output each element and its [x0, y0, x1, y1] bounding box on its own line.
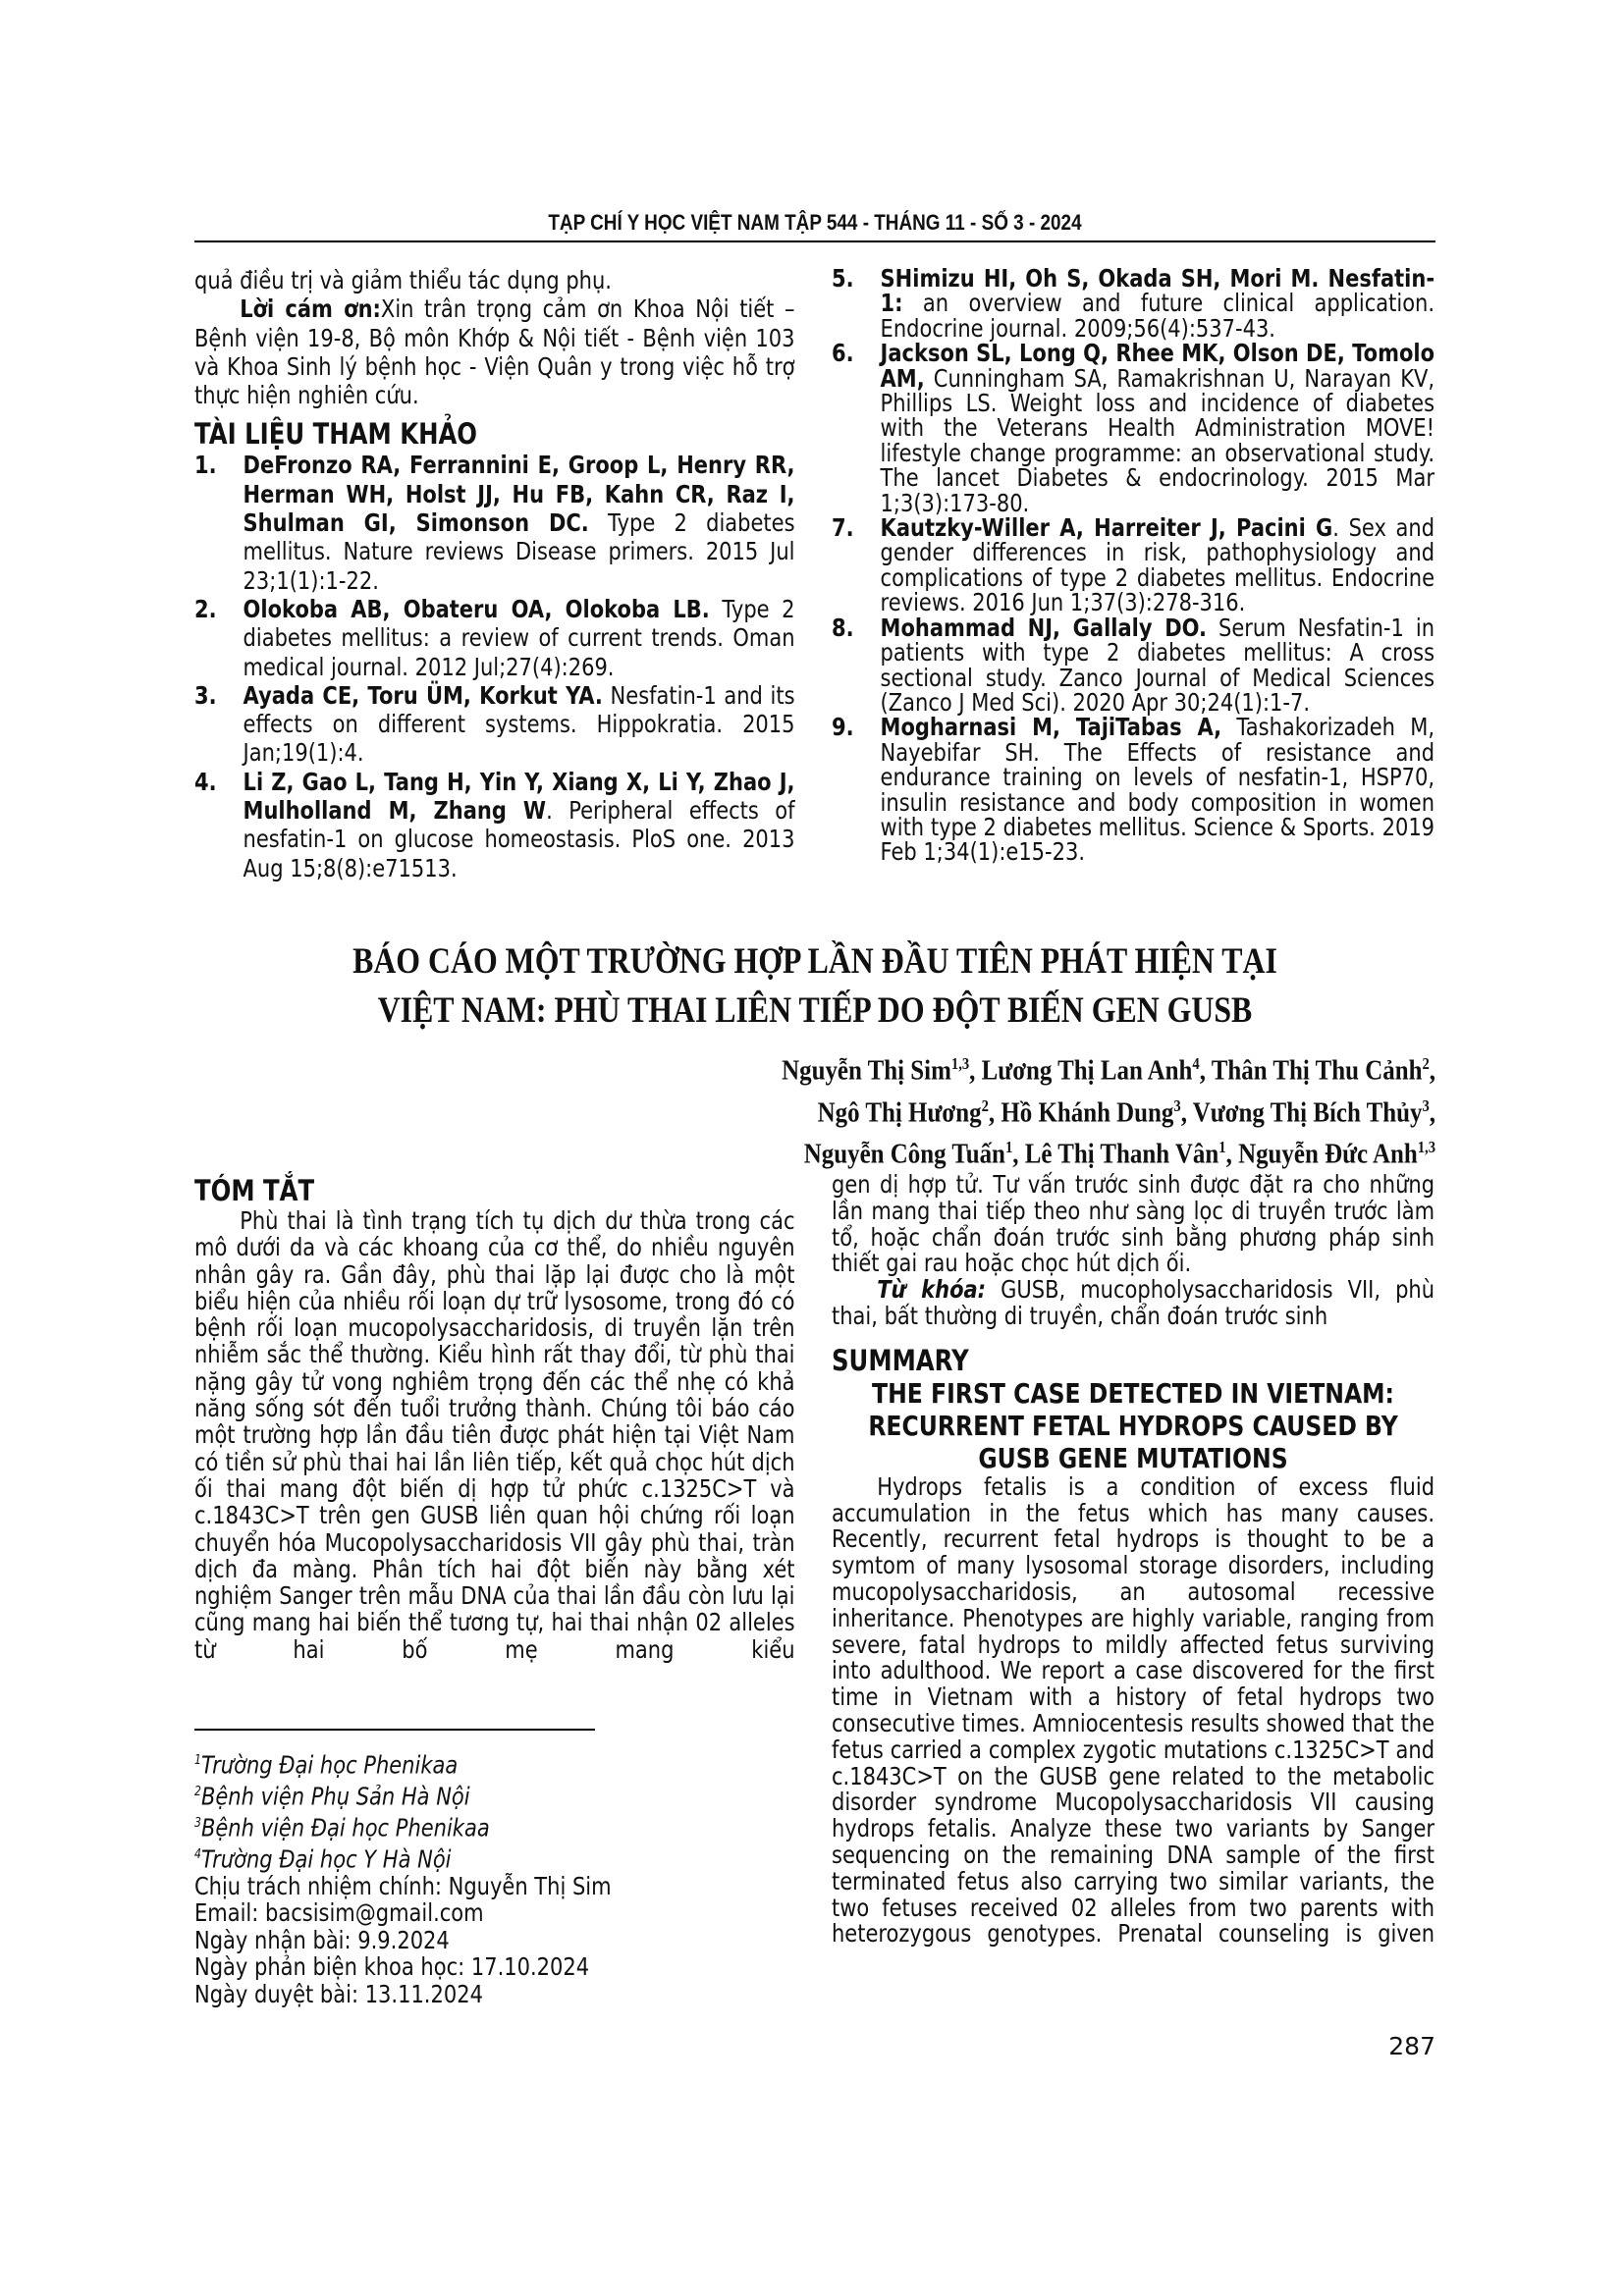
received-date: Ngày nhận bài: 9.9.2024 [194, 1927, 795, 1954]
author-name: Ngô Thị Hương [818, 1096, 982, 1128]
abstract-right-inner: gen dị hợp tử. Tư vấn trước sinh được đặ… [832, 1172, 1435, 1948]
corresponding-author: Chịu trách nhiệm chính: Nguyễn Thị Sim [194, 1873, 795, 1900]
author-affiliation: 3 [1173, 1096, 1180, 1115]
acknowledgement: Lời cám ơn:Xin trân trọng cảm ơn Khoa Nộ… [194, 294, 795, 409]
left-column-top-inner: quả điều trị và giảm thiểu tác dụng phụ.… [194, 266, 795, 882]
reference-item: 7.Kautzky-Willer A, Harreiter J, Pacini … [832, 515, 1435, 615]
author-name: Lương Thị Lan Anh [982, 1055, 1193, 1087]
summary-paragraph: Hydrops fetalis is a condition of excess… [832, 1474, 1435, 1948]
author-line-2: Ngô Thị Hương2, Hồ Khánh Dung3, Vương Th… [591, 1089, 1435, 1131]
author-name: Vương Thị Bích Thủy [1193, 1096, 1423, 1128]
author-affiliation: 2 [982, 1096, 989, 1115]
page-number: 287 [1375, 2032, 1435, 2060]
footnotes: 1Trường Đại học Phenikaa 2Bệnh viện Phụ … [194, 1747, 909, 2008]
author-name: Nguyễn Đức Anh [1238, 1139, 1418, 1170]
reference-item: 8.Mohammad NJ, Gallaly DO. Serum Nesfati… [832, 615, 1435, 716]
abstract-vi-paragraph: Phù thai là tình trạng tích tụ dịch dư t… [194, 1207, 795, 1663]
reference-item: 4.Li Z, Gao L, Tang H, Yin Y, Xiang X, L… [194, 768, 795, 882]
author-affiliation: 3 [1422, 1096, 1429, 1115]
author-name: Lê Thị Thanh Vân [1025, 1139, 1219, 1170]
left-column-top: quả điều trị và giảm thiểu tác dụng phụ.… [194, 266, 795, 882]
author-affiliation: 4 [1192, 1054, 1199, 1073]
reference-item: 9.Mogharnasi M, TajiTabas A, Tashakoriza… [832, 715, 1435, 864]
header-rule [194, 240, 1435, 242]
affiliation-1: 1Trường Đại học Phenikaa [194, 1747, 795, 1779]
reference-item: 3.Ayada CE, Toru ÜM, Korkut YA. Nesfatin… [194, 681, 795, 768]
abstract-vi-heading: TÓM TẮT [194, 1174, 795, 1207]
reference-item: 2.Olokoba AB, Obateru OA, Olokoba LB. Ty… [194, 595, 795, 681]
author-affiliation: 1,3 [951, 1054, 969, 1073]
abstract-vi-column: TÓM TẮT Phù thai là tình trạng tích tụ d… [194, 1174, 795, 1663]
abstract-right-column: gen dị hợp tử. Tư vấn trước sinh được đặ… [832, 1172, 1435, 1948]
author-list: Nguyễn Thị Sim1,3, Lương Thị Lan Anh4, T… [454, 1046, 1435, 1172]
author-name: Hồ Khánh Dung [1001, 1096, 1173, 1128]
acknowledgement-label: Lời cám ơn: [240, 294, 381, 323]
references-heading: TÀI LIỆU THAM KHẢO [194, 417, 795, 451]
article-title-line-2: VIỆT NAM: PHÙ THAI LIÊN TIẾP DO ĐỘT BIẾN… [281, 987, 1348, 1036]
reference-list-right: 5.SHimizu HI, Oh S, Okada SH, Mori M. Ne… [832, 266, 1435, 865]
footnote-rule [194, 1729, 595, 1731]
summary-title: THE FIRST CASE DETECTED IN VIETNAM: RECU… [832, 1377, 1435, 1474]
affiliation-4: 4Trường Đại học Y Hà Nội [194, 1842, 795, 1873]
article-title: BÁO CÁO MỘT TRƯỜNG HỢP LẦN ĐẦU TIÊN PHÁT… [194, 937, 1435, 1036]
keywords-label: Từ khóa: [877, 1275, 986, 1304]
reference-item: 5.SHimizu HI, Oh S, Okada SH, Mori M. Ne… [832, 266, 1435, 341]
affiliation-3: 3Bệnh viện Đại học Phenikaa [194, 1810, 795, 1842]
author-affiliation: 2 [1422, 1054, 1429, 1073]
summary-heading: SUMMARY [832, 1344, 1435, 1377]
journal-header: TẠP CHÍ Y HỌC VIỆT NAM TẬP 544 - THÁNG 1… [281, 210, 1348, 236]
abstract-vi-inner: TÓM TẮT Phù thai là tình trạng tích tụ d… [194, 1174, 795, 1663]
article-title-line-1: BÁO CÁO MỘT TRƯỜNG HỢP LẦN ĐẦU TIÊN PHÁT… [281, 937, 1348, 987]
reference-list-left: 1.DeFronzo RA, Ferrannini E, Groop L, He… [194, 451, 795, 881]
author-affiliation: 1 [1218, 1138, 1225, 1156]
keywords: Từ khóa: GUSB, mucopholysaccharidosis VI… [832, 1277, 1435, 1330]
author-name: Thân Thị Thu Cảnh [1212, 1055, 1423, 1087]
footnotes-inner: 1Trường Đại học Phenikaa 2Bệnh viện Phụ … [194, 1747, 795, 2008]
affiliation-2: 2Bệnh viện Phụ Sản Hà Nội [194, 1779, 795, 1810]
author-affiliation: 1,3 [1418, 1138, 1435, 1156]
previous-article-continuation: quả điều trị và giảm thiểu tác dụng phụ. [194, 266, 795, 294]
abstract-vi-continuation: gen dị hợp tử. Tư vấn trước sinh được đặ… [832, 1172, 1435, 1277]
email-link[interactable]: Email: bacsisim@gmail.com [194, 1899, 795, 1927]
author-line-1: Nguyễn Thị Sim1,3, Lương Thị Lan Anh4, T… [591, 1046, 1435, 1089]
reference-item: 1.DeFronzo RA, Ferrannini E, Groop L, He… [194, 451, 795, 594]
author-line-3: Nguyễn Công Tuấn1, Lê Thị Thanh Vân1, Ng… [591, 1130, 1435, 1172]
right-column-top-inner: 5.SHimizu HI, Oh S, Okada SH, Mori M. Ne… [832, 266, 1435, 865]
author-name: Nguyễn Công Tuấn [804, 1139, 1005, 1170]
author-name: Nguyễn Thị Sim [782, 1055, 951, 1087]
review-date: Ngày phản biện khoa học: 17.10.2024 [194, 1953, 795, 1981]
accepted-date: Ngày duyệt bài: 13.11.2024 [194, 1981, 795, 2008]
reference-item: 6.Jackson SL, Long Q, Rhee MK, Olson DE,… [832, 341, 1435, 515]
right-column-top: 5.SHimizu HI, Oh S, Okada SH, Mori M. Ne… [832, 266, 1435, 865]
